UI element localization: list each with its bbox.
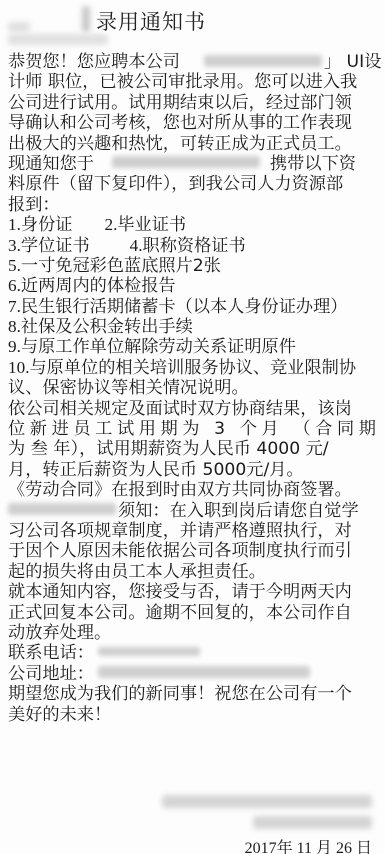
doc-list-row-8: 8.社保及公积金转出手续 bbox=[8, 317, 380, 337]
list-item-degree-cert: 学位证书 bbox=[21, 236, 90, 256]
para-congrats-line1: 恭贺您！您应聘本公司」 UI设 bbox=[8, 52, 380, 72]
list-item-termination-proof: 与原工作单位解除劳动关系证明原件 bbox=[21, 337, 296, 357]
doc-list-row-10b: 议、保密协议等相关情况说明。 bbox=[8, 378, 380, 398]
document-title: 录用通知书 bbox=[96, 6, 206, 36]
para-report-line1: 现通知您于携带以下资 bbox=[8, 154, 380, 174]
redacted-company-name bbox=[204, 55, 322, 67]
notice-line1: 须知：在入职到岗后请您自觉学 bbox=[8, 501, 380, 521]
redacted-report-date bbox=[112, 156, 260, 168]
para-congrats-line4: 导确认和公司考核，您也对所从事的工作表现 bbox=[8, 113, 380, 133]
doc-list-row-2: 3.学位证书4.职称资格证书 bbox=[8, 236, 380, 256]
list-num: 5. bbox=[8, 256, 21, 275]
notice-line2: 习公司各项规章制度，并请严格遵照执行，对 bbox=[8, 521, 380, 541]
doc-list-row-6: 6.近两周内的体检报告 bbox=[8, 276, 380, 296]
contact-address-row: 公司地址： bbox=[8, 664, 380, 684]
redacted-phone-number bbox=[98, 647, 200, 656]
para-congrats-line5: 出极大的兴趣和热忱，可转正成为正式员工。 bbox=[8, 134, 380, 154]
redacted-header-mark bbox=[82, 6, 90, 32]
redacted-company-prefix bbox=[8, 503, 116, 515]
doc-list-row-10a: 10.与原单位的相关培训服务协议、竞业限制协 bbox=[8, 358, 380, 378]
list-num: 9. bbox=[8, 337, 21, 356]
offer-letter-page: 录用通知书 恭贺您！您应聘本公司」 UI设 计师 职位，已被公司审批录用。您可以… bbox=[0, 0, 385, 854]
terms-line5: 《劳动合同》在报到时由双方共同协商签署。 bbox=[8, 480, 380, 500]
list-item-photos: 一寸免冠彩色蓝底照片2张 bbox=[21, 256, 221, 276]
redacted-company-seal-line1 bbox=[162, 795, 372, 808]
para-report-line3: 报到： bbox=[8, 195, 380, 215]
doc-list-row-5: 5.一寸免冠彩色蓝底照片2张 bbox=[8, 256, 380, 276]
doc-list-row-7: 7.民生银行活期储蓄卡（以本人身份证办理） bbox=[8, 297, 380, 317]
para-congrats-line2: 计师 职位，已被公司审批录用。您可以进入我 bbox=[8, 72, 380, 92]
para-congrats-line3: 公司进行试用。试用期结束以后，经过部门领 bbox=[8, 93, 380, 113]
reply-line2: 正式回复本公司。逾期不回复的，本公司作自 bbox=[8, 603, 380, 623]
phone-label: 联系电话： bbox=[8, 643, 94, 663]
list-num: 3. bbox=[8, 236, 21, 255]
letter-body: 恭贺您！您应聘本公司」 UI设 计师 职位，已被公司审批录用。您可以进入我 公司… bbox=[8, 52, 380, 725]
list-item-diploma: 毕业证书 bbox=[117, 215, 186, 235]
closing-line1: 期望您成为我们的新同事！祝您在公司有一个 bbox=[8, 684, 380, 704]
list-item-social-insurance: 社保及公积金转出手续 bbox=[21, 317, 193, 337]
list-num: 4. bbox=[130, 236, 143, 255]
list-item-health-report: 近两周内的体检报告 bbox=[21, 276, 176, 296]
list-num: 8. bbox=[8, 317, 21, 336]
terms-line1: 依公司相关规定及面试时双方协商结果，该岗 bbox=[8, 399, 380, 419]
redacted-company-seal-line2 bbox=[253, 816, 372, 829]
redacted-address bbox=[98, 666, 310, 678]
para-report-line2: 料原件（留下复印件），到我公司人力资源部 bbox=[8, 174, 380, 194]
closing-line2: 美好的未来！ bbox=[8, 705, 380, 725]
list-num: 2. bbox=[104, 215, 117, 234]
notice-line4: 起的损失将由员工本人承担责任。 bbox=[8, 562, 380, 582]
list-num: 7. bbox=[8, 297, 21, 316]
list-num: 6. bbox=[8, 276, 21, 295]
text-report-intro: 现通知您于 bbox=[8, 154, 94, 174]
terms-line2: 位新进员工试用期为 3 个月 （合同期 bbox=[8, 419, 380, 439]
notice-line3: 于因个人原因未能依据公司各项制度执行而引 bbox=[8, 541, 380, 561]
reply-line1: 就本通知内容，您接受与否，请于今明两天内 bbox=[8, 582, 380, 602]
title-row: 录用通知书 bbox=[0, 4, 385, 34]
reply-line3: 动放弃处理。 bbox=[8, 623, 380, 643]
text-position-ui: 」 UI设 bbox=[324, 52, 382, 72]
redacted-recipient-name bbox=[8, 34, 108, 45]
list-item-bank-card: 民生银行活期储蓄卡（以本人身份证办理） bbox=[21, 297, 348, 317]
doc-list-row-9: 9.与原工作单位解除劳动关系证明原件 bbox=[8, 337, 380, 357]
text-congrats: 恭贺您！您应聘本公司 bbox=[8, 52, 180, 72]
text-bring-docs: 携带以下资 bbox=[270, 154, 356, 174]
list-item-agreements: 与原单位的相关培训服务协议、竞业限制协 bbox=[29, 358, 356, 378]
list-num: 1. bbox=[8, 215, 21, 234]
address-label: 公司地址： bbox=[8, 664, 94, 684]
letter-date: 2017年 11 月 26 日 bbox=[245, 835, 372, 854]
list-item-id-card: 身份证 bbox=[21, 215, 73, 235]
terms-line3: 为 叁 年），试用期薪资为人民币 4000 元/ bbox=[8, 439, 380, 459]
list-item-title-cert: 职称资格证书 bbox=[143, 236, 246, 256]
list-num: 10. bbox=[8, 358, 29, 377]
terms-line4: 月，转正后薪资为人民币 5000元/月。 bbox=[8, 460, 380, 480]
redacted-logo bbox=[8, 22, 30, 32]
doc-list-row-1: 1.身份证2.毕业证书 bbox=[8, 215, 380, 235]
text-notice: 须知：在入职到岗后请您自觉学 bbox=[118, 501, 359, 521]
contact-phone-row: 联系电话： bbox=[8, 643, 380, 663]
